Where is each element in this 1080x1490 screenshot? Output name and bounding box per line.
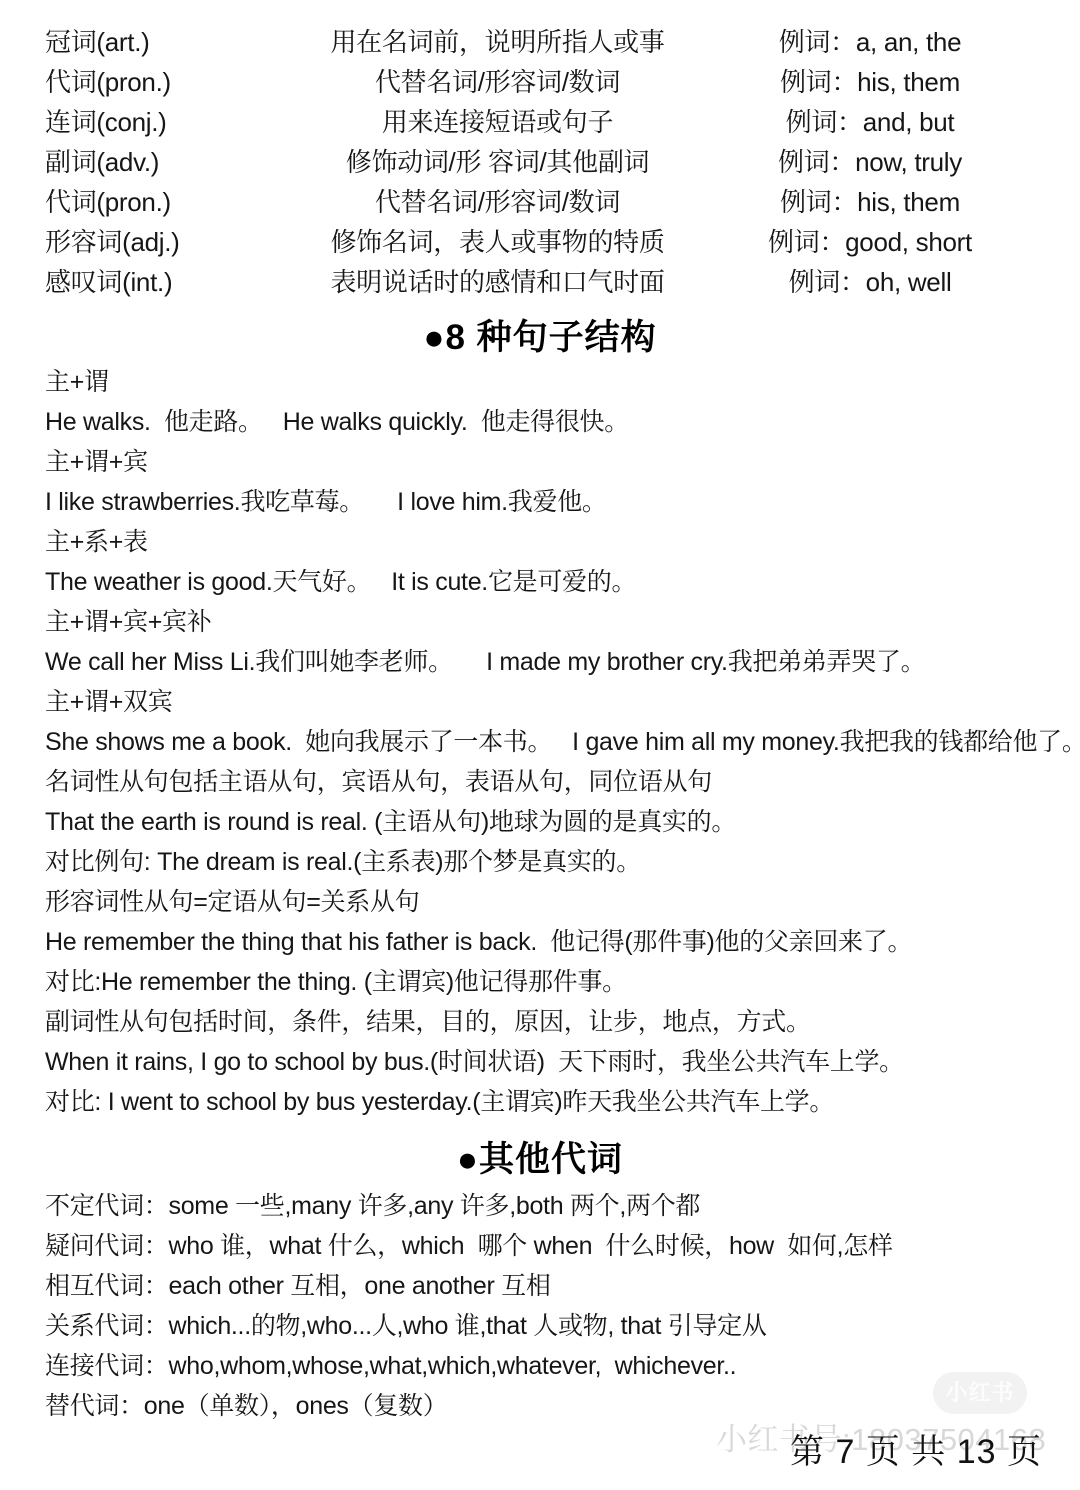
pos-examples: 例词：good, short <box>700 222 1040 262</box>
pos-description: 代替名词/形容词/数词 <box>295 182 700 222</box>
pos-term: 代词(pron.) <box>45 182 295 222</box>
text-line: When it rains, I go to school by bus.(时间… <box>45 1042 1080 1082</box>
text-line: 对比例句: The dream is real.(主系表)那个梦是真实的。 <box>45 842 1080 882</box>
text-line: 不定代词：some 一些,many 许多,any 许多,both 两个,两个都 <box>45 1186 1080 1226</box>
pos-description: 修饰名词，表人或事物的特质 <box>295 222 700 262</box>
pos-table-row: 副词(adv.) 修饰动词/形 容词/其他副词 例词：now, truly <box>45 142 1040 182</box>
page-number: 第 7 页 共 13 页 <box>790 1424 1042 1473</box>
pos-table-row: 代词(pron.) 代替名词/形容词/数词 例词：his, them <box>45 182 1040 222</box>
section-heading-sentence-structures: ●8 种句子结构 <box>0 310 1080 360</box>
pos-examples: 例词：his, them <box>700 62 1040 102</box>
pos-examples: 例词：and, but <box>700 102 1040 142</box>
pos-table-row: 代词(pron.) 代替名词/形容词/数词 例词：his, them <box>45 62 1040 102</box>
pos-table-row: 形容词(adj.) 修饰名词，表人或事物的特质 例词：good, short <box>45 222 1040 262</box>
pos-term: 副词(adv.) <box>45 142 295 182</box>
document-page: 冠词(art.) 用在名词前，说明所指人或事 例词：a, an, the 代词(… <box>0 0 1080 1490</box>
text-line: 关系代词：which...的物,who...人,who 谁,that 人或物, … <box>45 1306 1080 1346</box>
pos-table-row: 冠词(art.) 用在名词前，说明所指人或事 例词：a, an, the <box>45 22 1040 62</box>
xiaohongshu-logo-badge: 小红书 <box>933 1372 1027 1414</box>
pos-description: 修饰动词/形 容词/其他副词 <box>295 142 700 182</box>
pos-table-row: 感叹词(int.) 表明说话时的感情和口气时面 例词：oh, well <box>45 262 1040 302</box>
section-heading-other-pronouns: ●其他代词 <box>0 1132 1080 1182</box>
pos-description: 代替名词/形容词/数词 <box>295 62 700 102</box>
text-line: 主+系+表 <box>45 522 1080 562</box>
text-line: I like strawberries.我吃草莓。 I love him.我爱他… <box>45 482 1080 522</box>
text-line: He remember the thing that his father is… <box>45 922 1080 962</box>
text-line: 对比:He remember the thing. (主谓宾)他记得那件事。 <box>45 962 1080 1002</box>
text-line: 主+谓+宾 <box>45 442 1080 482</box>
text-line: That the earth is round is real. (主语从句)地… <box>45 802 1080 842</box>
text-line: 形容词性从句=定语从句=关系从句 <box>45 882 1080 922</box>
text-line: She shows me a book. 她向我展示了一本书。 I gave h… <box>45 722 1080 762</box>
text-line: He walks. 他走路。 He walks quickly. 他走得很快。 <box>45 402 1080 442</box>
text-line: 主+谓+宾+宾补 <box>45 602 1080 642</box>
parts-of-speech-table: 冠词(art.) 用在名词前，说明所指人或事 例词：a, an, the 代词(… <box>45 22 1040 302</box>
text-line: 对比: I went to school by bus yesterday.(主… <box>45 1082 1080 1122</box>
pos-table-row: 连词(conj.) 用来连接短语或句子 例词：and, but <box>45 102 1040 142</box>
text-line: 主+谓 <box>45 362 1080 402</box>
text-line: 名词性从句包括主语从句，宾语从句，表语从句，同位语从句 <box>45 762 1080 802</box>
pos-term: 代词(pron.) <box>45 62 295 102</box>
text-line: The weather is good.天气好。 It is cute.它是可爱… <box>45 562 1080 602</box>
pos-description: 用在名词前，说明所指人或事 <box>295 22 700 62</box>
pos-term: 形容词(adj.) <box>45 222 295 262</box>
text-line: 连接代词：who,whom,whose,what,which,whatever,… <box>45 1346 1080 1386</box>
pos-description: 表明说话时的感情和口气时面 <box>295 262 700 302</box>
text-line: 相互代词：each other 互相，one another 互相 <box>45 1266 1080 1306</box>
pos-examples: 例词：oh, well <box>700 262 1040 302</box>
text-line: We call her Miss Li.我们叫她李老师。 I made my b… <box>45 642 1080 682</box>
text-line: 主+谓+双宾 <box>45 682 1080 722</box>
pos-examples: 例词：a, an, the <box>700 22 1040 62</box>
pos-examples: 例词：now, truly <box>700 142 1040 182</box>
text-line: 疑问代词：who 谁，what 什么，which 哪个 when 什么时候，ho… <box>45 1226 1080 1266</box>
text-line: 副词性从句包括时间，条件，结果，目的，原因，让步，地点，方式。 <box>45 1002 1080 1042</box>
sentence-structures-section: 主+谓 He walks. 他走路。 He walks quickly. 他走得… <box>45 362 1080 1122</box>
pos-examples: 例词：his, them <box>700 182 1040 222</box>
pos-term: 连词(conj.) <box>45 102 295 142</box>
pos-term: 感叹词(int.) <box>45 262 295 302</box>
pos-description: 用来连接短语或句子 <box>295 102 700 142</box>
pos-term: 冠词(art.) <box>45 22 295 62</box>
other-pronouns-section: 不定代词：some 一些,many 许多,any 许多,both 两个,两个都 … <box>45 1186 1080 1426</box>
